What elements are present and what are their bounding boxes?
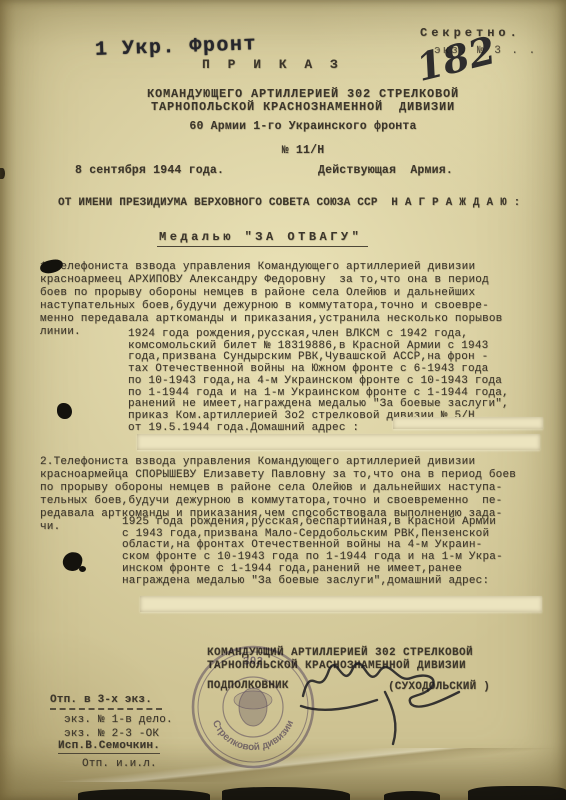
torn-edge — [78, 789, 210, 800]
paper-hole — [57, 403, 72, 419]
footer-copy-1: экз. № 1-в дело. — [64, 714, 173, 726]
order-location: Действующая Армия. — [318, 164, 453, 177]
entry-2-details: 1925 года рождения,русская,беспартийная,… — [122, 517, 503, 587]
paper-crease — [0, 0, 20, 800]
footer-copies-line: Отп. в 3-х экз. — [50, 694, 152, 706]
redaction-bar — [137, 434, 540, 450]
seal-number-text: 302 — [243, 655, 264, 668]
paper-hole — [79, 566, 86, 572]
order-date: 8 сентября 1944 года. — [75, 164, 224, 177]
footer-copy-2: экз. № 2-3 -ОК — [64, 728, 159, 740]
paper-hole — [0, 168, 5, 179]
torn-edge — [468, 786, 566, 800]
torn-edge — [222, 787, 350, 800]
award-statement: ОТ ИМЕНИ ПРЕЗИДИУМА ВЕРХОВНОГО СОВЕТА СО… — [58, 197, 520, 209]
entry-1-citation: 1.Телефониста взвода управления Командую… — [40, 261, 502, 338]
footer-executor: Исп.В.Семочкин. — [58, 740, 160, 754]
footer-last-line: Отп. и.и.л. — [82, 758, 157, 770]
army-line: 60 Армии 1-го Украинского фронта — [133, 120, 473, 133]
torn-edge — [384, 791, 440, 800]
svg-text:302: 302 — [243, 655, 264, 668]
redaction-bar — [140, 596, 542, 612]
order-number: № 11/Н — [133, 144, 473, 157]
dashed-underline — [50, 708, 162, 710]
redaction-bar — [393, 417, 543, 429]
scanned-order-document: Секретно. экз. № 3 . . 182 1 Укр. Фронт … — [0, 0, 566, 800]
handwritten-signature-icon — [293, 648, 473, 748]
issuer-line-2: ТАРНОПОЛЬСКОЙ КРАСНОЗНАМЕННОЙ ДИВИЗИИ — [133, 100, 473, 114]
medal-heading: Медалью "ЗА ОТВАГУ" — [157, 230, 368, 247]
order-title: П Р И К А З — [202, 57, 343, 72]
